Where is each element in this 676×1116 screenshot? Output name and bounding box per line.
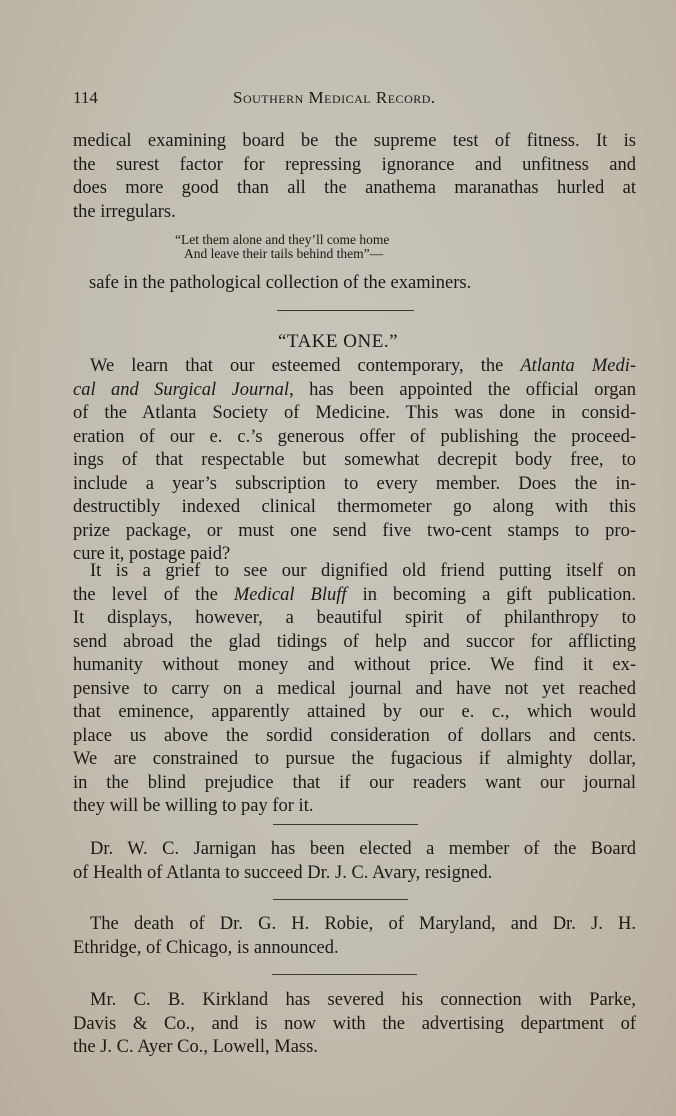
- section-divider: [273, 824, 418, 825]
- continued-paragraph: medical examining board be the supreme t…: [73, 130, 636, 224]
- text-line: does more good than all the anathema mar…: [73, 177, 636, 201]
- article-paragraph-2: It is a grief to see our dignified old f…: [73, 560, 636, 819]
- journal-title-italic: cal and Surgical Journal: [73, 380, 289, 400]
- section-divider: [272, 974, 417, 975]
- text-line: Davis & Co., and is now with the adverti…: [73, 1013, 636, 1037]
- text-line: of Health of Atlanta to succeed Dr. J. C…: [73, 862, 636, 886]
- text-line: destructibly indexed clinical thermomete…: [73, 496, 636, 520]
- text-line: It is a grief to see our dignified old f…: [73, 560, 636, 584]
- verse-line: And leave their tails behind them”—: [175, 247, 389, 261]
- article-paragraph-1: We learn that our esteemed contemporary,…: [73, 355, 636, 567]
- text-line: prize package, or must one send five two…: [73, 520, 636, 544]
- text-line: Mr. C. B. Kirkland has severed his conne…: [73, 989, 636, 1013]
- news-item-obituary: The death of Dr. G. H. Robie, of Marylan…: [73, 913, 636, 960]
- article-title: “TAKE ONE.”: [0, 331, 676, 353]
- text-line: send abroad the glad tidings of help and…: [73, 631, 636, 655]
- text-line: that eminence, apparently attained by ou…: [73, 701, 636, 725]
- text-line: include a year’s subscription to every m…: [73, 473, 636, 497]
- text-line: the surest factor for repressing ignoran…: [73, 154, 636, 178]
- text-run: We learn that our esteemed contemporary,…: [90, 356, 520, 376]
- page-number: 114: [73, 88, 98, 108]
- text-line: safe in the pathological collection of t…: [73, 272, 636, 296]
- text-line: We learn that our esteemed contemporary,…: [73, 355, 636, 379]
- text-line: cal and Surgical Journal, has been appoi…: [73, 379, 636, 403]
- news-item-kirkland: Mr. C. B. Kirkland has severed his conne…: [73, 989, 636, 1060]
- text-line: the J. C. Ayer Co., Lowell, Mass.: [73, 1036, 636, 1060]
- journal-title-italic: Medical Bluff: [234, 585, 347, 605]
- section-divider: [273, 899, 408, 900]
- page-header: 114 Southern Medical Record.: [73, 88, 636, 112]
- running-title: Southern Medical Record.: [233, 88, 436, 108]
- verse-line: “Let them alone and they’ll come home: [175, 233, 389, 247]
- text-line: they will be willing to pay for it.: [73, 795, 636, 819]
- journal-title-italic: Atlanta Medi-: [520, 356, 636, 376]
- text-line: place us above the sordid consideration …: [73, 725, 636, 749]
- news-item-jarnigan: Dr. W. C. Jarnigan has been elected a me…: [73, 838, 636, 885]
- text-line: the irregulars.: [73, 201, 636, 225]
- text-line: of the Atlanta Society of Medicine. This…: [73, 402, 636, 426]
- book-page: 114 Southern Medical Record. medical exa…: [0, 0, 676, 1116]
- text-line: humanity without money and without price…: [73, 654, 636, 678]
- text-line: the level of the Medical Bluff in becomi…: [73, 584, 636, 608]
- text-line: We are constrained to pursue the fugacio…: [73, 748, 636, 772]
- text-run: the level of the: [73, 585, 234, 605]
- text-line: ings of that respectable but somewhat de…: [73, 449, 636, 473]
- text-run: in becoming a gift publication.: [347, 585, 636, 605]
- text-line: pensive to carry on a medical journal an…: [73, 678, 636, 702]
- text-line: in the blind prejudice that if our reade…: [73, 772, 636, 796]
- text-line: eration of our e. c.’s generous offer of…: [73, 426, 636, 450]
- text-line: Dr. W. C. Jarnigan has been elected a me…: [73, 838, 636, 862]
- text-line: It displays, however, a beautiful spirit…: [73, 607, 636, 631]
- verse-quote: “Let them alone and they’ll come home An…: [175, 233, 389, 261]
- section-divider: [277, 310, 414, 311]
- text-line: The death of Dr. G. H. Robie, of Marylan…: [73, 913, 636, 937]
- text-line: Ethridge, of Chicago, is announced.: [73, 937, 636, 961]
- verse-followup: safe in the pathological collection of t…: [73, 272, 636, 296]
- text-run: , has been appointed the official organ: [289, 380, 636, 400]
- text-line: medical examining board be the supreme t…: [73, 130, 636, 154]
